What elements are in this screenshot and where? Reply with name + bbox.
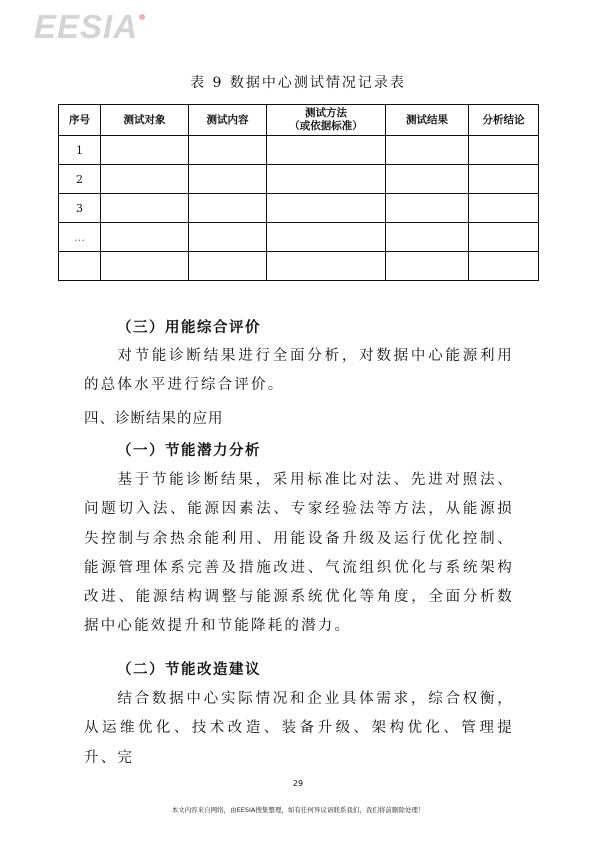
cell-test-content xyxy=(189,252,267,281)
eesia-logo-watermark: EESIA xyxy=(34,8,138,46)
header-index: 序号 xyxy=(59,105,101,136)
test-record-table: 序号 测试对象 测试内容 测试方法 （或依据标准） 测试结果 分析结论 1 2 xyxy=(58,104,539,281)
table-row xyxy=(59,252,539,281)
table-header-row: 序号 测试对象 测试内容 测试方法 （或依据标准） 测试结果 分析结论 xyxy=(59,105,539,136)
cell-test-content xyxy=(189,136,267,165)
cell-analysis-conclusion xyxy=(469,165,539,194)
cell-test-object xyxy=(101,223,189,252)
paragraph-comprehensive-evaluation: 对节能诊断结果进行全面分析，对数据中心能源利用的总体水平进行综合评价。 xyxy=(84,342,514,401)
cell-index: 1 xyxy=(59,136,101,165)
cell-test-method xyxy=(267,136,386,165)
header-test-method: 测试方法 （或依据标准） xyxy=(267,105,386,136)
cell-index xyxy=(59,252,101,281)
table-row: 1 xyxy=(59,136,539,165)
table-row: 3 xyxy=(59,194,539,223)
cell-test-method xyxy=(267,223,386,252)
cell-test-object xyxy=(101,136,189,165)
page-number: 29 xyxy=(0,779,596,788)
section-heading-saving-potential: （一）节能潜力分析 xyxy=(117,436,547,465)
chapter-heading-diagnosis-application: 四、诊断结果的应用 xyxy=(84,405,514,434)
cell-test-result xyxy=(386,194,469,223)
cell-index: 2 xyxy=(59,165,101,194)
cell-analysis-conclusion xyxy=(469,136,539,165)
cell-test-object xyxy=(101,165,189,194)
section-heading-comprehensive-evaluation: （三）用能综合评价 xyxy=(117,313,547,342)
cell-test-method xyxy=(267,194,386,223)
header-analysis-conclusion: 分析结论 xyxy=(469,105,539,136)
cell-test-content xyxy=(189,165,267,194)
paragraph-saving-potential: 基于节能诊断结果，采用标准比对法、先进对照法、问题切入法、能源因素法、专家经验法… xyxy=(84,466,514,642)
logo-accent-dot xyxy=(139,14,145,20)
section-heading-retrofit-suggestions: （二）节能改造建议 xyxy=(117,655,547,684)
cell-test-method xyxy=(267,165,386,194)
cell-test-object xyxy=(101,194,189,223)
cell-test-result xyxy=(386,223,469,252)
header-test-method-line1: 测试方法 xyxy=(267,107,385,120)
logo-text: EESIA xyxy=(34,8,138,45)
cell-analysis-conclusion xyxy=(469,223,539,252)
header-test-method-line2: （或依据标准） xyxy=(267,120,385,133)
cell-analysis-conclusion xyxy=(469,194,539,223)
header-test-result: 测试结果 xyxy=(386,105,469,136)
cell-test-result xyxy=(386,165,469,194)
cell-index: … xyxy=(59,223,101,252)
cell-test-content xyxy=(189,223,267,252)
table-row: 2 xyxy=(59,165,539,194)
table-caption: 表 9 数据中心测试情况记录表 xyxy=(0,72,596,92)
cell-test-object xyxy=(101,252,189,281)
cell-test-result xyxy=(386,252,469,281)
cell-test-method xyxy=(267,252,386,281)
cell-test-content xyxy=(189,194,267,223)
table-row: … xyxy=(59,223,539,252)
footer-disclaimer: 本文内容来自网络，由EESIA搜集整理，如有任何异议请联系我们，我们将前删除处理… xyxy=(0,805,596,814)
header-test-content: 测试内容 xyxy=(189,105,267,136)
cell-index: 3 xyxy=(59,194,101,223)
cell-test-result xyxy=(386,136,469,165)
paragraph-retrofit-suggestions: 结合数据中心实际情况和企业具体需求，综合权衡，从运维优化、技术改造、装备升级、架… xyxy=(84,685,514,773)
header-test-object: 测试对象 xyxy=(101,105,189,136)
cell-analysis-conclusion xyxy=(469,252,539,281)
